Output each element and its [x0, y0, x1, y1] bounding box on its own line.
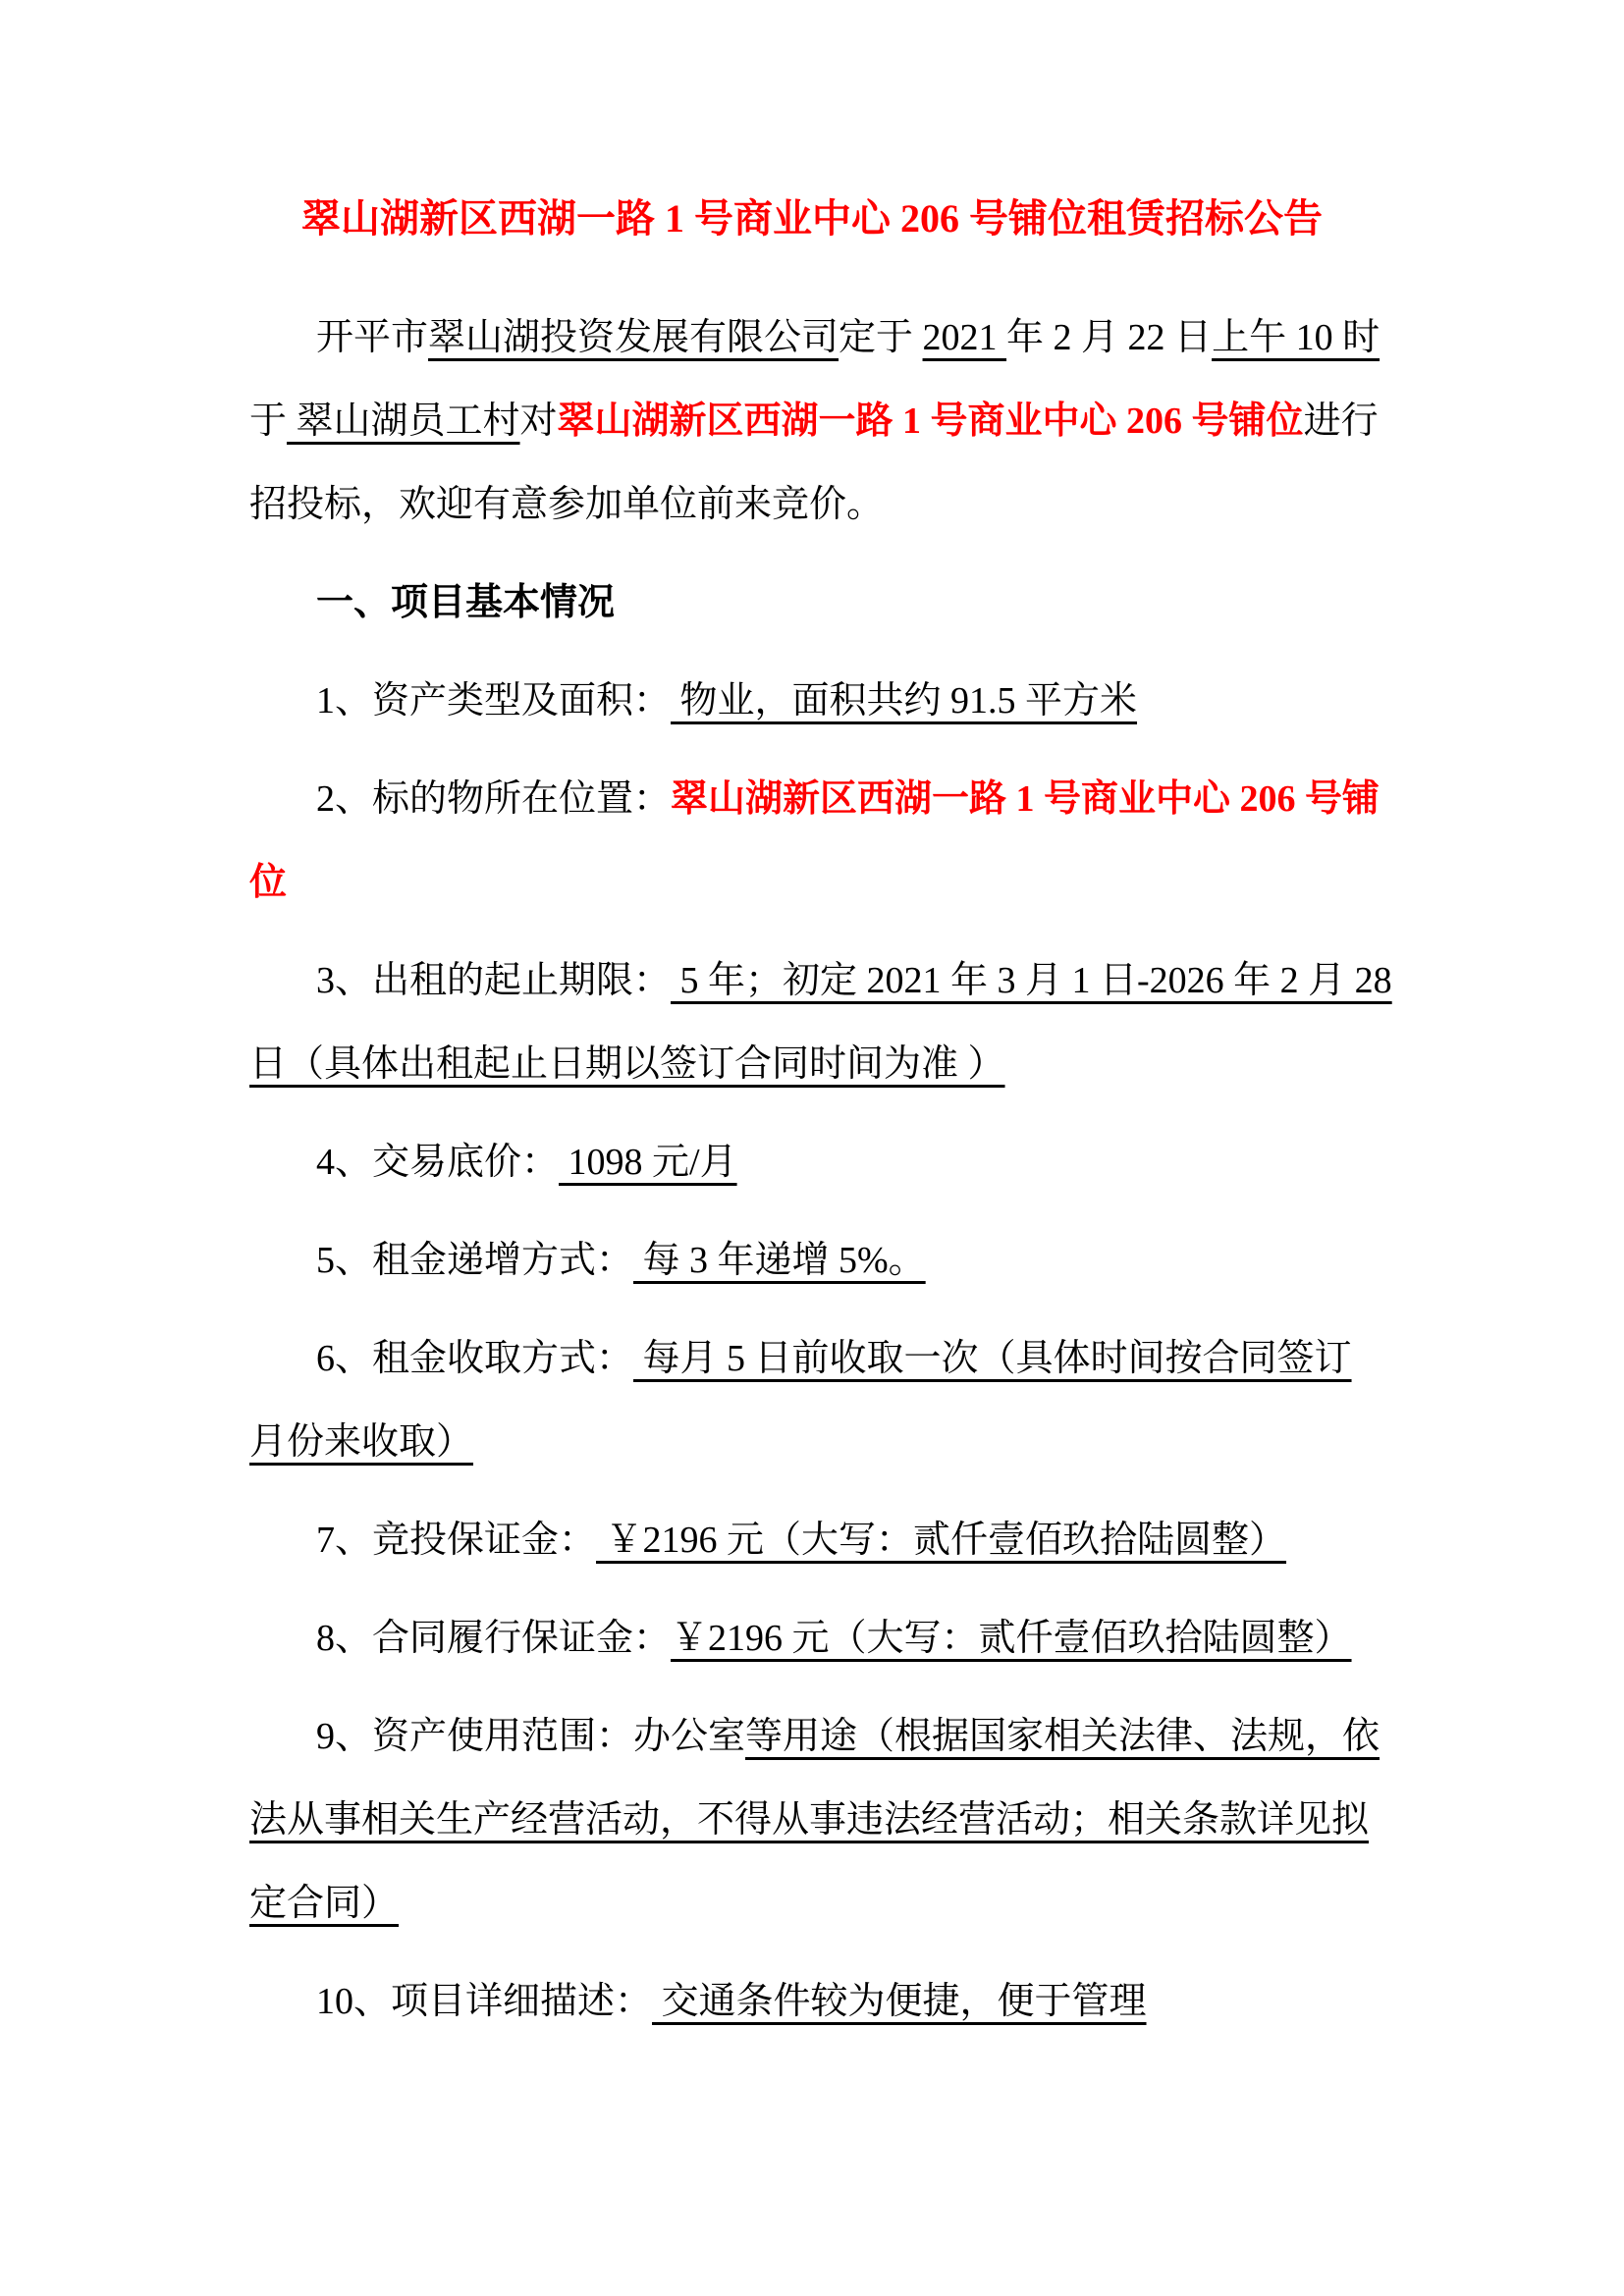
text-run: 6、租金收取方式：	[316, 1338, 633, 1379]
text-line: 开平市翠山湖投资发展有限公司定于 2021 年 2 月 22 日上午 10 时	[249, 296, 1382, 380]
text-run: 4、交易底价：	[316, 1142, 559, 1183]
text-line: 位	[249, 841, 1382, 925]
text-run: 交通条件较为便捷，便于管理	[652, 1981, 1147, 2022]
text-line: 10、项目详细描述： 交通条件较为便捷，便于管理	[249, 1960, 1382, 2044]
text-line: 3、出租的起止期限： 5 年；初定 2021 年 3 月 1 日-2026 年 …	[249, 939, 1382, 1023]
text-run: 9、资产使用范围：办公室	[316, 1716, 745, 1757]
text-run: 2021	[923, 317, 1007, 358]
text-line: 月份来收取）	[249, 1401, 1382, 1484]
text-run: 月份来收取）	[249, 1421, 473, 1463]
document-body: 开平市翠山湖投资发展有限公司定于 2021 年 2 月 22 日上午 10 时于…	[0, 296, 1624, 2044]
text-run: 2、标的物所在位置：	[316, 778, 671, 820]
text-run: 定于	[839, 317, 923, 358]
text-run: 物业，面积共约 91.5 平方米	[671, 680, 1137, 721]
text-run: 每 3 年递增 5%。	[633, 1240, 926, 1281]
text-line: 2、标的物所在位置：翠山湖新区西湖一路 1 号商业中心 206 号铺	[249, 758, 1382, 841]
text-run: 对	[520, 400, 558, 442]
text-line: 1、资产类型及面积： 物业，面积共约 91.5 平方米	[249, 660, 1382, 743]
text-run: 每月 5 日前收取一次（具体时间按合同签订	[633, 1338, 1352, 1379]
text-run: ￥2196 元（大写：贰仟壹佰玖拾陆圆整）	[671, 1618, 1352, 1659]
text-line: 5、租金递增方式： 每 3 年递增 5%。	[249, 1219, 1382, 1303]
text-run: 进行	[1304, 400, 1379, 442]
text-run: 日（具体出租起止日期以签订合同时间为准 ）	[249, 1043, 1005, 1085]
text-run: 翠山湖新区西湖一路 1 号商业中心 206 号铺	[671, 778, 1380, 820]
text-run: 上午 10 时	[1212, 317, 1380, 358]
text-run: 5、租金递增方式：	[316, 1240, 633, 1281]
text-run: 定合同）	[249, 1883, 399, 1924]
text-run: 10、项目详细描述：	[316, 1981, 652, 2022]
text-line: 4、交易底价： 1098 元/月	[249, 1121, 1382, 1204]
text-line: 于 翠山湖员工村对翠山湖新区西湖一路 1 号商业中心 206 号铺位进行	[249, 380, 1382, 463]
text-run: 开平市	[316, 317, 428, 358]
text-run: 3、出租的起止期限：	[316, 960, 671, 1001]
text-run: 1、资产类型及面积：	[316, 680, 671, 721]
text-run: 1098 元/月	[559, 1142, 737, 1183]
text-run: 招投标，欢迎有意参加单位前来竞价。	[249, 484, 884, 525]
text-run: 等用途（根据国家相关法律、法规，依	[745, 1716, 1380, 1757]
text-line: 定合同）	[249, 1862, 1382, 1946]
text-line: 7、竞投保证金： ￥2196 元（大写：贰仟壹佰玖拾陆圆整）	[249, 1499, 1382, 1582]
text-run: 翠山湖投资发展有限公司	[428, 317, 839, 358]
text-line: 招投标，欢迎有意参加单位前来竞价。	[249, 463, 1382, 547]
text-line: 法从事相关生产经营活动，不得从事违法经营活动；相关条款详见拟	[249, 1779, 1382, 1862]
text-run: 7、竞投保证金：	[316, 1520, 596, 1561]
text-line: 6、租金收取方式： 每月 5 日前收取一次（具体时间按合同签订	[249, 1317, 1382, 1401]
text-run: 8、合同履行保证金：	[316, 1618, 671, 1659]
text-run: 于	[249, 400, 287, 442]
text-run: 法从事相关生产经营活动，不得从事违法经营活动；相关条款详见拟	[249, 1799, 1369, 1841]
text-run: 年 2 月 22 日	[1006, 317, 1212, 358]
text-line: 9、资产使用范围：办公室等用途（根据国家相关法律、法规，依	[249, 1695, 1382, 1779]
text-run: 5 年；初定 2021 年 3 月 1 日-2026 年 2 月 28	[671, 960, 1392, 1001]
text-line: 日（具体出租起止日期以签订合同时间为准 ）	[249, 1023, 1382, 1106]
document-title: 翠山湖新区西湖一路 1 号商业中心 206 号铺位租赁招标公告	[0, 188, 1624, 249]
text-run: 翠山湖员工村	[287, 400, 520, 442]
text-run: 位	[249, 862, 287, 903]
text-run: 翠山湖新区西湖一路 1 号商业中心 206 号铺位	[558, 400, 1304, 442]
text-line: 一、项目基本情况	[249, 561, 1382, 645]
text-line: 8、合同履行保证金：￥2196 元（大写：贰仟壹佰玖拾陆圆整）	[249, 1597, 1382, 1681]
document-page: 翠山湖新区西湖一路 1 号商业中心 206 号铺位租赁招标公告 开平市翠山湖投资…	[0, 0, 1624, 2296]
text-run: ￥2196 元（大写：贰仟壹佰玖拾陆圆整）	[596, 1520, 1286, 1561]
text-run: 一、项目基本情况	[316, 582, 615, 623]
